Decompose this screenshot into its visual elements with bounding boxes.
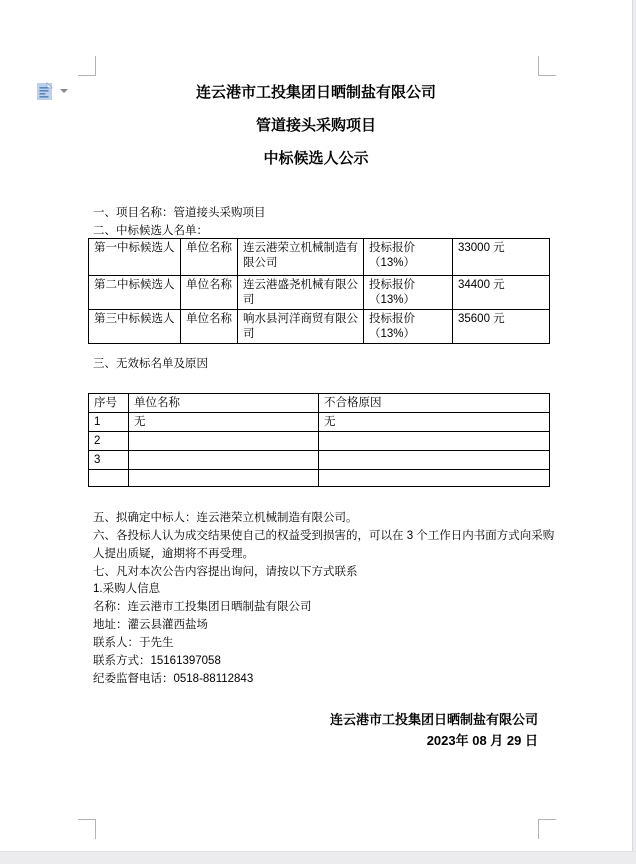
section-objection-line1: 六、各投标人认为成交结果使自己的权益受到损害的，可以在 3 个工作日内书面方式向…: [93, 529, 554, 543]
table-row: 3: [89, 451, 550, 470]
doc-title-company: 连云港市工投集团日晒制盐有限公司: [0, 84, 632, 101]
company-name: 响水县河洋商贸有限公司: [238, 310, 364, 344]
doc-title-announcement: 中标候选人公示: [0, 150, 632, 167]
bid-price: 33000 元: [453, 239, 550, 276]
table-row: 第二中标候选人 单位名称 连云港盛尧机械有限公司 投标报价（13%） 34400…: [89, 276, 550, 310]
signature-date: 2023年 08 月 29 日: [93, 733, 538, 749]
table-row: 1 无 无: [89, 413, 550, 432]
contact-heading: 1.采购人信息: [93, 582, 160, 596]
price-label: 投标报价（13%）: [364, 276, 453, 310]
signature-company: 连云港市工投集团日晒制盐有限公司: [93, 712, 538, 728]
invalid-bid-table: 序号 单位名称 不合格原因 1 无 无 2 3: [88, 393, 550, 487]
contact-name: 名称：连云港市工投集团日晒制盐有限公司: [93, 600, 312, 614]
section-invalid-bids: 三、无效标名单及原因: [93, 357, 208, 371]
table-header-row: 序号 单位名称 不合格原因: [89, 394, 550, 413]
candidate-rank: 第二中标候选人: [89, 276, 181, 310]
crop-mark-top-left: [78, 56, 96, 76]
col-header-index: 序号: [89, 394, 129, 413]
contact-phone: 联系方式：15161397058: [93, 654, 221, 668]
row-index: 1: [89, 413, 129, 432]
name-label: 单位名称: [181, 239, 238, 276]
bid-price: 34400 元: [453, 276, 550, 310]
row-reason: 无: [319, 413, 550, 432]
row-reason: [319, 432, 550, 451]
section-inquiry: 七、凡对本次公告内容提出询问，请按以下方式联系: [93, 565, 358, 579]
contact-person: 联系人：于先生: [93, 636, 174, 650]
crop-mark-bottom-right: [538, 819, 556, 839]
company-name: 连云港盛尧机械有限公司: [238, 276, 364, 310]
name-label: 单位名称: [181, 310, 238, 344]
section-objection-line2: 人提出质疑，逾期将不再受理。: [93, 547, 254, 561]
row-company: [129, 451, 319, 470]
col-header-company: 单位名称: [129, 394, 319, 413]
bid-price: 35600 元: [453, 310, 550, 344]
row-reason: [319, 451, 550, 470]
table-row: [89, 470, 550, 487]
window-edge-right: [632, 0, 636, 864]
price-label: 投标报价（13%）: [364, 310, 453, 344]
row-index: 3: [89, 451, 129, 470]
company-name: 连云港荣立机械制造有限公司: [238, 239, 364, 276]
section-winner: 五、拟确定中标人：连云港荣立机械制造有限公司。: [93, 511, 358, 525]
row-index: [89, 470, 129, 487]
candidate-table: 第一中标候选人 单位名称 连云港荣立机械制造有限公司 投标报价（13%） 330…: [88, 238, 550, 344]
col-header-reason: 不合格原因: [319, 394, 550, 413]
crop-mark-bottom-left: [78, 819, 96, 839]
row-reason: [319, 470, 550, 487]
name-label: 单位名称: [181, 276, 238, 310]
doc-title-project: 管道接头采购项目: [0, 117, 632, 134]
crop-mark-top-right: [538, 56, 556, 76]
table-row: 第三中标候选人 单位名称 响水县河洋商贸有限公司 投标报价（13%） 35600…: [89, 310, 550, 344]
candidate-rank: 第一中标候选人: [89, 239, 181, 276]
row-company: [129, 470, 319, 487]
contact-address: 地址：灌云县灌西盐场: [93, 618, 208, 632]
contact-supervision-phone: 纪委监督电话：0518-88112843: [93, 672, 253, 686]
table-row: 2: [89, 432, 550, 451]
candidate-rank: 第三中标候选人: [89, 310, 181, 344]
section-project-name: 一、项目名称：管道接头采购项目: [93, 206, 266, 220]
price-label: 投标报价（13%）: [364, 239, 453, 276]
row-index: 2: [89, 432, 129, 451]
row-company: [129, 432, 319, 451]
row-company: 无: [129, 413, 319, 432]
section-candidate-list: 二、中标候选人名单：: [93, 224, 208, 238]
table-row: 第一中标候选人 单位名称 连云港荣立机械制造有限公司 投标报价（13%） 330…: [89, 239, 550, 276]
document-page: 连云港市工投集团日晒制盐有限公司 管道接头采购项目 中标候选人公示 一、项目名称…: [0, 0, 636, 864]
window-edge-bottom: [0, 851, 636, 864]
